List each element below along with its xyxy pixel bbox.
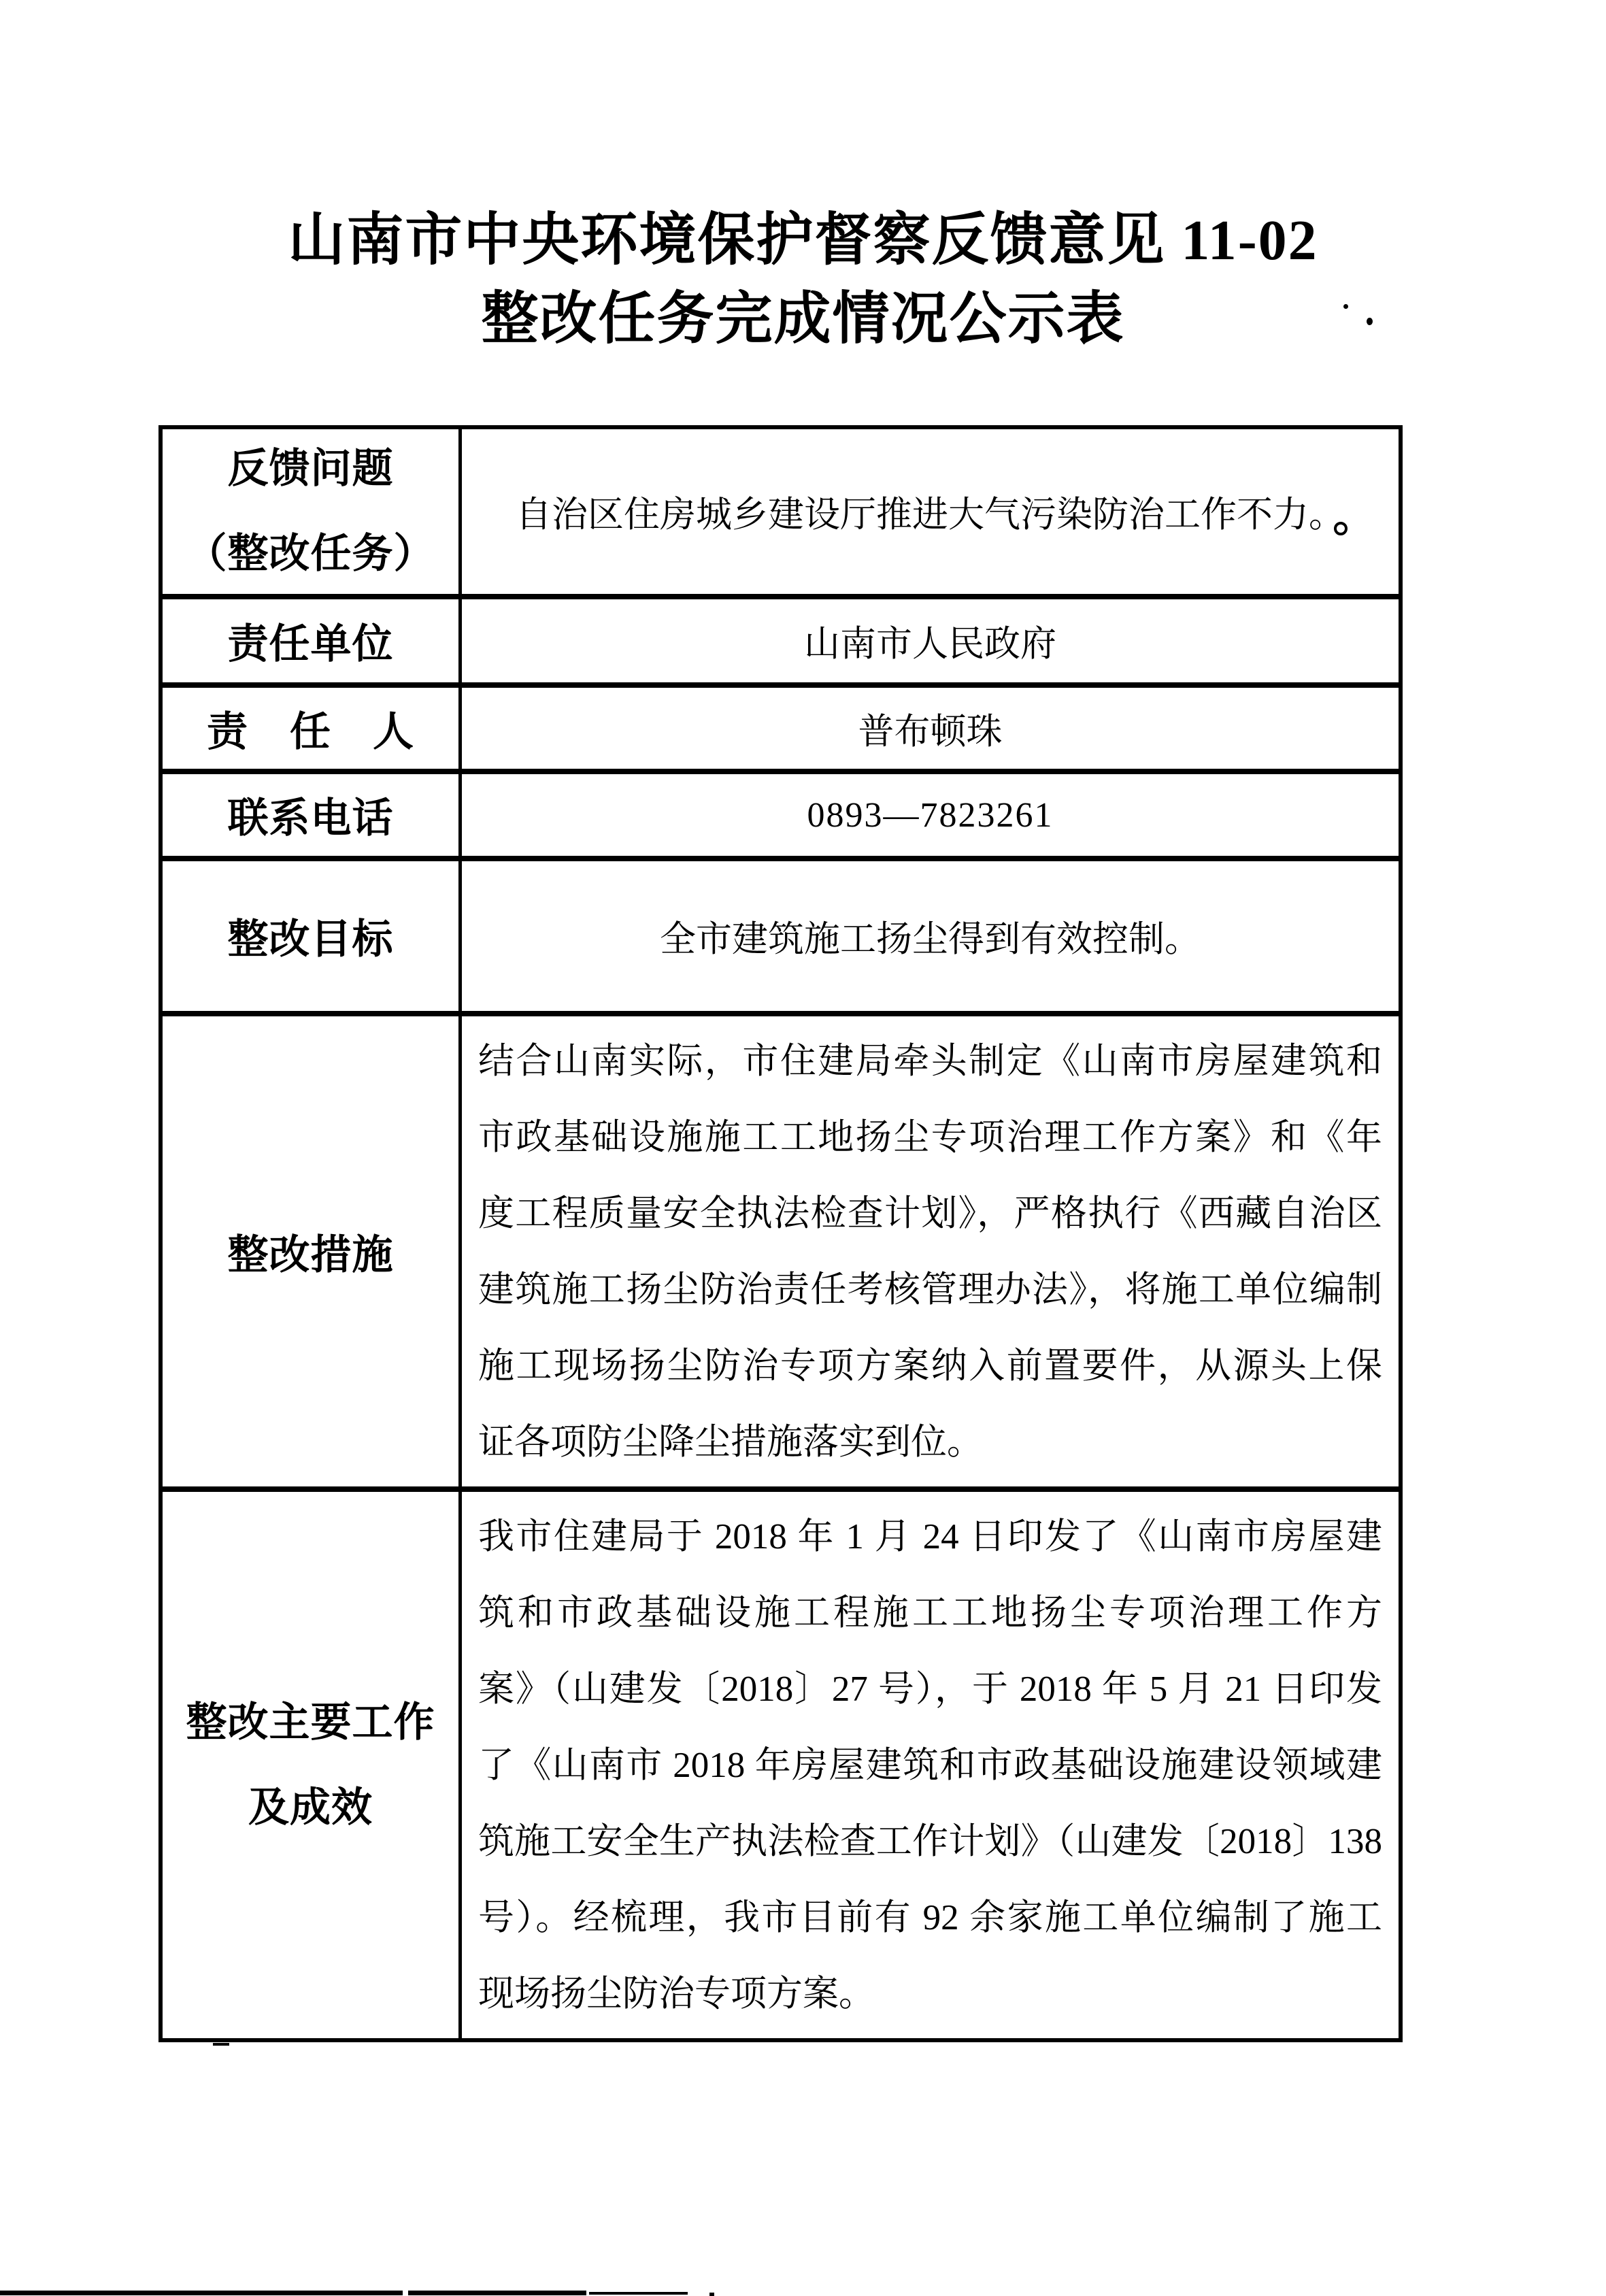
row-value-rectification-goal: 全市建筑施工扬尘得到有效控制。 xyxy=(462,861,1399,1011)
measures-text-line: 市政基础设施施工工地扬尘专项治理工作方案》和《年 xyxy=(478,1099,1382,1176)
row-label-line: 反馈问题 xyxy=(228,427,394,512)
row-label-line: 整改目标 xyxy=(228,907,394,965)
row-label-feedback-problem: 反馈问题 （整改任务） xyxy=(163,429,462,594)
scan-artifact-dot xyxy=(1343,304,1348,309)
document-title-line-1: 山南市中央环境保护督察反馈意见 11-02 xyxy=(0,201,1606,280)
work-results-text-line: 案》（山建发〔2018〕27 号），于 2018 年 5 月 21 日印发 xyxy=(478,1651,1382,1727)
scanned-document-page: 山南市中央环境保护督察反馈意见 11-02 整改任务完成情况公示表 反馈问题 （… xyxy=(0,0,1606,2296)
table-row-responsible-person: 责 任 人 普布顿珠 xyxy=(163,688,1399,774)
row-label-main-work-results: 整改主要工作 及成效 xyxy=(163,1492,462,2038)
row-value-responsible-person: 普布顿珠 xyxy=(462,688,1399,769)
row-label-responsible-person: 责 任 人 xyxy=(163,688,462,769)
row-label-line: 责 任 人 xyxy=(207,699,414,758)
work-results-text-line: 了《山南市 2018 年房屋建筑和市政基础设施建设领域建 xyxy=(478,1727,1382,1803)
row-value-feedback-problem: 自治区住房城乡建设厅推进大气污染防治工作不力。 xyxy=(462,429,1399,594)
table-row-responsible-unit: 责任单位 山南市人民政府 xyxy=(163,599,1399,688)
scan-artifact-smudge xyxy=(0,2291,403,2295)
row-value-rectification-measures: 结合山南实际，市住建局牵头制定《山南市房屋建筑和 市政基础设施施工工地扬尘专项治… xyxy=(462,1016,1399,1486)
work-results-text-line: 我市住建局于 2018 年 1 月 24 日印发了《山南市房屋建 xyxy=(478,1499,1382,1575)
measures-text-line: 度工程质量安全执法检查计划》，严格执行《西藏自治区 xyxy=(478,1176,1382,1252)
measures-text-line: 结合山南实际，市住建局牵头制定《山南市房屋建筑和 xyxy=(478,1023,1382,1099)
row-label-line: 责任单位 xyxy=(228,612,394,670)
work-results-text-line: 现场扬尘防治专项方案。 xyxy=(478,1956,1382,2032)
scan-artifact-dash xyxy=(213,2043,229,2046)
contact-phone-number: 0893—7823261 xyxy=(462,795,1399,835)
row-label-line: 联系电话 xyxy=(228,786,394,844)
table-row-main-work-results: 整改主要工作 及成效 我市住建局于 2018 年 1 月 24 日印发了《山南市… xyxy=(163,1492,1399,2038)
row-label-rectification-measures: 整改措施 xyxy=(163,1016,462,1486)
work-results-text-line: 筑和市政基础设施工程施工工地扬尘专项治理工作方 xyxy=(478,1575,1382,1651)
row-label-line: （整改任务） xyxy=(186,512,435,597)
scan-artifact-smudge xyxy=(408,2291,586,2295)
measures-text-line: 施工现场扬尘防治专项方案纳入前置要件，从源头上保 xyxy=(478,1328,1382,1404)
row-label-line: 及成效 xyxy=(248,1765,373,1850)
responsible-person-text: 普布顿珠 xyxy=(462,703,1399,754)
measures-text-line: 建筑施工扬尘防治责任考核管理办法》，将施工单位编制 xyxy=(478,1252,1382,1328)
document-title: 山南市中央环境保护督察反馈意见 11-02 整改任务完成情况公示表 xyxy=(0,201,1606,359)
table-row-feedback-problem: 反馈问题 （整改任务） 自治区住房城乡建设厅推进大气污染防治工作不力。 xyxy=(163,429,1399,599)
table-row-contact-phone: 联系电话 0893—7823261 xyxy=(163,774,1399,861)
row-label-responsible-unit: 责任单位 xyxy=(163,599,462,682)
work-results-text-line: 号）。经梳理，我市目前有 92 余家施工单位编制了施工 xyxy=(478,1880,1382,1956)
feedback-problem-text: 自治区住房城乡建设厅推进大气污染防治工作不力。 xyxy=(462,486,1399,537)
row-value-main-work-results: 我市住建局于 2018 年 1 月 24 日印发了《山南市房屋建 筑和市政基础设… xyxy=(462,1492,1399,2038)
row-label-line: 整改措施 xyxy=(228,1222,394,1281)
responsible-unit-text: 山南市人民政府 xyxy=(462,615,1399,667)
measures-text-line: 证各项防尘降尘措施落实到位。 xyxy=(478,1404,1382,1480)
scan-artifact-speck xyxy=(709,2293,714,2296)
rectification-notice-table: 反馈问题 （整改任务） 自治区住房城乡建设厅推进大气污染防治工作不力。 责任单位… xyxy=(158,425,1403,2042)
row-value-responsible-unit: 山南市人民政府 xyxy=(462,599,1399,682)
scan-artifact-smudge xyxy=(589,2292,688,2295)
work-results-text-line: 筑施工安全生产执法检查工作计划》（山建发〔2018〕138 xyxy=(478,1803,1382,1880)
row-label-line: 整改主要工作 xyxy=(186,1680,435,1765)
row-label-rectification-goal: 整改目标 xyxy=(163,861,462,1011)
table-row-rectification-goal: 整改目标 全市建筑施工扬尘得到有效控制。 xyxy=(163,861,1399,1016)
row-value-contact-phone: 0893—7823261 xyxy=(462,774,1399,856)
row-label-contact-phone: 联系电话 xyxy=(163,774,462,856)
table-row-rectification-measures: 整改措施 结合山南实际，市住建局牵头制定《山南市房屋建筑和 市政基础设施施工工地… xyxy=(163,1016,1399,1492)
document-title-line-2: 整改任务完成情况公示表 xyxy=(0,280,1606,359)
scan-artifact-dot xyxy=(1367,318,1373,325)
rectification-goal-text: 全市建筑施工扬尘得到有效控制。 xyxy=(462,910,1399,962)
